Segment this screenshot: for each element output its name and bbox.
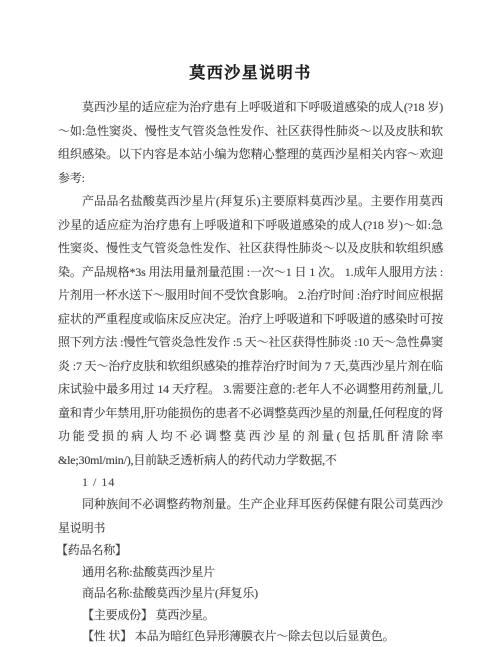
drug-name-section-header: 【药品名称】 <box>56 540 443 562</box>
document-title: 莫西沙星说明书 <box>58 62 443 85</box>
generic-name-line: 通用名称:盐酸莫西沙星片 <box>58 562 443 584</box>
continuation-paragraph: 同种族间不必调整药物剂量。生产企业拜耳医药保健有限公司莫西沙星说明书 <box>58 493 443 540</box>
appearance-line: 【性 状】 本品为暗红色异形薄膜衣片～除去包以后显黄色。 <box>58 626 443 647</box>
trade-name-line: 商品名称:盐酸莫西沙星片(拜复乐) <box>58 583 443 605</box>
main-ingredient-line: 【主要成份】 莫西沙星。 <box>58 605 443 627</box>
page-number-indicator: 1 / 14 <box>58 472 443 493</box>
product-info-paragraph: 产品品名盐酸莫西沙星片(拜复乐)主要原料莫西沙星。主要作用莫西沙星的适应症为治疗… <box>58 190 443 472</box>
intro-paragraph: 莫西沙星的适应症为治疗患有上呼吸道和下呼吸道感染的成人(?18 岁)～如:急性窦… <box>58 96 443 190</box>
document-page: 莫西沙星说明书 莫西沙星的适应症为治疗患有上呼吸道和下呼吸道感染的成人(?18 … <box>0 0 500 647</box>
